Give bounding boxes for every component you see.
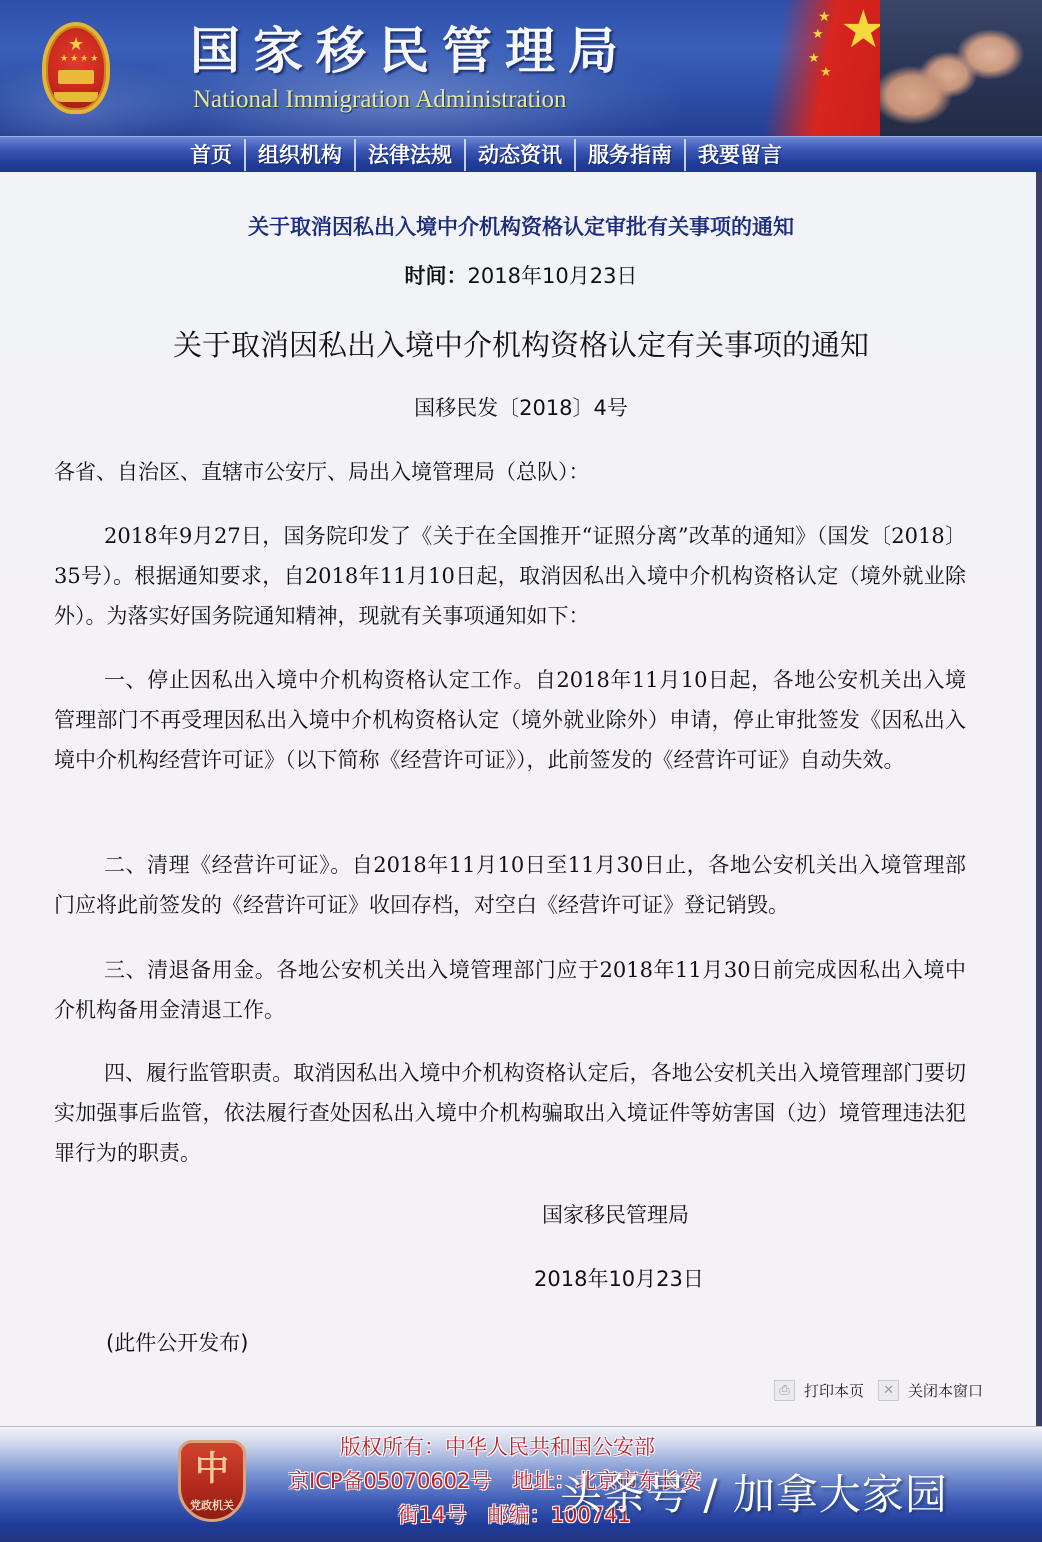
badge-emblem-icon: 中 bbox=[181, 1449, 243, 1489]
badge-text: 党政机关 bbox=[181, 1499, 243, 1513]
site-title-en: National Immigration Administration bbox=[193, 86, 567, 114]
nav-divider bbox=[574, 139, 576, 171]
watermark-overlay: 头条号 / 加拿大家园 bbox=[560, 1468, 948, 1522]
close-window-button[interactable]: ✕ 关闭本窗口 bbox=[878, 1380, 983, 1401]
flag-star-icon: ★ bbox=[808, 52, 820, 65]
nav-item-organization[interactable]: 组织机构 bbox=[246, 137, 354, 173]
paragraph-item-4: 四、履行监管职责。取消因私出入境中介机构资格认定后，各地公安机关出入境管理部门要… bbox=[54, 1053, 966, 1173]
document-signature: 国家移民管理局 bbox=[542, 1199, 689, 1231]
flag-star-icon: ★ bbox=[818, 10, 831, 24]
publish-time-value: 2018年10月23日 bbox=[468, 264, 638, 288]
flag-star-icon: ★ bbox=[812, 28, 824, 41]
page-actions: ⎙ 打印本页 ✕ 关闭本窗口 bbox=[774, 1380, 983, 1401]
national-emblem-icon: ★ ★★★★ bbox=[42, 22, 110, 114]
print-page-label: 打印本页 bbox=[804, 1380, 864, 1401]
paragraph-item-3: 三、清退备用金。各地公安机关出入境管理部门应于2018年11月30日前完成因私出… bbox=[54, 950, 966, 1030]
nav-item-leave-message[interactable]: 我要留言 bbox=[686, 137, 794, 173]
emblem-star-icon: ★ bbox=[68, 36, 84, 54]
nav-item-service-guide[interactable]: 服务指南 bbox=[576, 137, 684, 173]
main-nav: 首页 组织机构 法律法规 动态资讯 服务指南 我要留言 bbox=[0, 136, 1042, 172]
publish-time-label: 时间： bbox=[405, 264, 468, 288]
paragraph-intro: 2018年9月27日，国务院印发了《关于在全国推开“证照分离”改革的通知》（国发… bbox=[54, 516, 966, 636]
paragraph-item-1: 一、停止因私出入境中介机构资格认定工作。自2018年11月10日起，各地公安机关… bbox=[54, 660, 966, 780]
nav-divider bbox=[464, 139, 466, 171]
emblem-gate-icon bbox=[58, 70, 94, 84]
nav-item-laws[interactable]: 法律法规 bbox=[356, 137, 464, 173]
paragraph-item-2: 二、清理《经营许可证》。自2018年11月10日至11月30日止，各地公安机关出… bbox=[54, 845, 966, 925]
public-release-note: (此件公开发布) bbox=[106, 1327, 248, 1359]
close-window-label: 关闭本窗口 bbox=[908, 1380, 983, 1401]
document-sign-date: 2018年10月23日 bbox=[534, 1263, 704, 1295]
flag-star-icon: ★ bbox=[820, 66, 832, 79]
party-government-badge-icon[interactable]: 中 党政机关 bbox=[178, 1440, 246, 1522]
emblem-base-icon bbox=[54, 92, 98, 102]
nav-divider bbox=[684, 139, 686, 171]
document-title: 关于取消因私出入境中介机构资格认定有关事项的通知 bbox=[0, 325, 1042, 365]
officers-photo bbox=[880, 0, 1042, 136]
page-title: 关于取消因私出入境中介机构资格认定审批有关事项的通知 bbox=[0, 211, 1042, 243]
site-header-banner: ★ ★★★★ 国家移民管理局 National Immigration Admi… bbox=[0, 0, 1042, 136]
print-page-button[interactable]: ⎙ 打印本页 bbox=[774, 1380, 864, 1401]
footer-copyright: 版权所有：中华人民共和国公安部 bbox=[340, 1432, 655, 1462]
nav-item-news[interactable]: 动态资讯 bbox=[466, 137, 574, 173]
printer-icon: ⎙ bbox=[774, 1380, 795, 1401]
site-title-cn: 国家移民管理局 bbox=[190, 22, 631, 80]
document-salutation: 各省、自治区、直辖市公安厅、局出入境管理局（总队）： bbox=[54, 456, 974, 488]
emblem-small-stars-icon: ★★★★ bbox=[60, 54, 100, 64]
nav-divider bbox=[244, 139, 246, 171]
document-number: 国移民发〔2018〕4号 bbox=[0, 392, 1042, 424]
close-icon: ✕ bbox=[878, 1380, 899, 1401]
nav-item-home[interactable]: 首页 bbox=[178, 137, 244, 173]
publish-time: 时间：2018年10月23日 bbox=[0, 260, 1042, 292]
nav-divider bbox=[354, 139, 356, 171]
